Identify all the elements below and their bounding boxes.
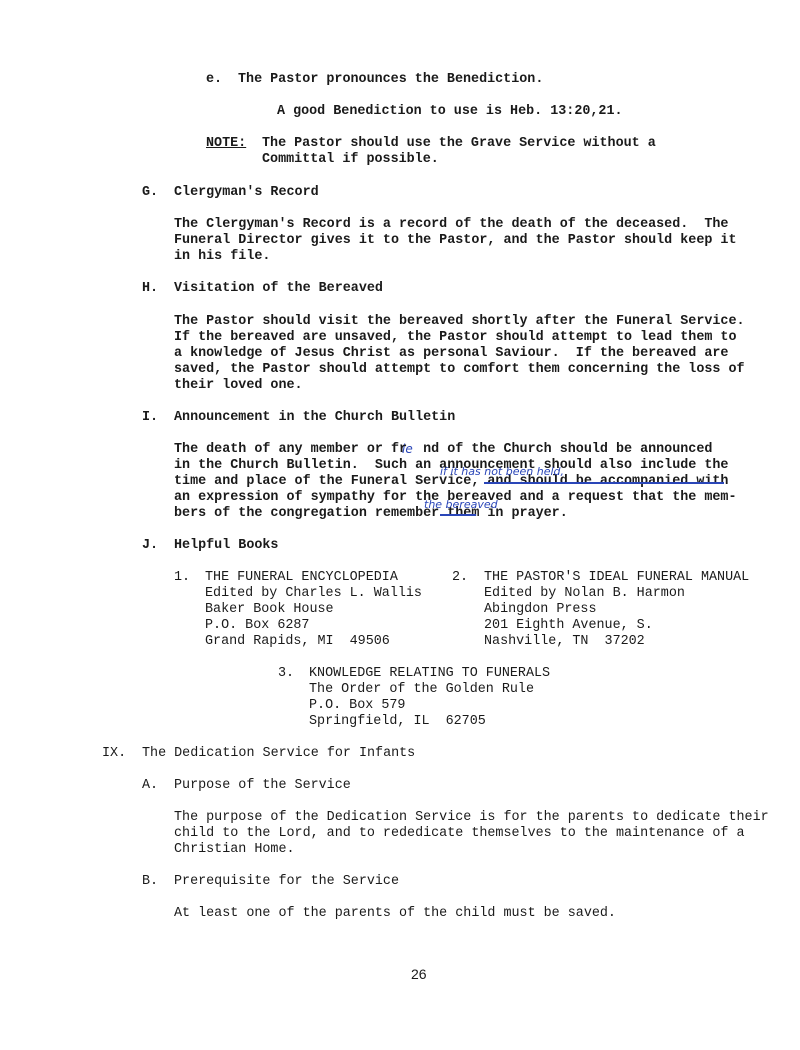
section-i-label: I. <box>142 410 158 426</box>
section-ix-a-line: child to the Lord, and to rededicate the… <box>174 826 745 842</box>
book-1-city: Grand Rapids, MI 49506 <box>205 634 390 650</box>
section-h-heading: Visitation of the Bereaved <box>174 281 383 297</box>
note-line-1: The Pastor should use the Grave Service … <box>262 136 656 152</box>
section-h-line: a knowledge of Jesus Christ as personal … <box>174 346 728 362</box>
section-ix-heading: The Dedication Service for Infants <box>142 746 415 762</box>
section-h-line: saved, the Pastor should attempt to comf… <box>174 362 745 378</box>
section-h-line: If the bereaved are unsaved, the Pastor … <box>174 330 737 346</box>
section-i-line: The death of any member or fr nd of the … <box>174 442 712 458</box>
book-1-number: 1. <box>174 570 190 586</box>
section-ix-a-line: Christian Home. <box>174 842 295 858</box>
section-ix-b-line: At least one of the parents of the child… <box>174 906 616 922</box>
section-ix-b-label: B. <box>142 874 158 890</box>
note-line-2: Committal if possible. <box>262 152 439 168</box>
book-3-title: KNOWLEDGE RELATING TO FUNERALS <box>309 666 550 682</box>
section-j-label: J. <box>142 538 158 554</box>
book-2-address: 201 Eighth Avenue, S. <box>484 618 653 634</box>
section-h-label: H. <box>142 281 158 297</box>
book-2-city: Nashville, TN 37202 <box>484 634 645 650</box>
book-2-title: THE PASTOR'S IDEAL FUNERAL MANUAL <box>484 570 749 586</box>
book-1-address: P.O. Box 6287 <box>205 618 309 634</box>
book-3-editor: The Order of the Golden Rule <box>309 682 534 698</box>
book-1-publisher: Baker Book House <box>205 602 334 618</box>
item-e-text: The Pastor pronounces the Benediction. <box>238 72 543 88</box>
book-2-editor: Edited by Nolan B. Harmon <box>484 586 685 602</box>
section-ix-a-label: A. <box>142 778 158 794</box>
section-g-line: The Clergyman's Record is a record of th… <box>174 217 728 233</box>
book-3-number: 3. <box>278 666 294 682</box>
book-2-number: 2. <box>452 570 468 586</box>
section-j-heading: Helpful Books <box>174 538 278 554</box>
section-i-line: bers of the congregation remember them i… <box>174 506 568 522</box>
strikethrough-phrase <box>484 482 724 484</box>
item-e-label: e. <box>206 72 222 88</box>
book-2-publisher: Abingdon Press <box>484 602 597 618</box>
section-g-line: Funeral Director gives it to the Pastor,… <box>174 233 737 249</box>
book-3-address: Springfield, IL 62705 <box>309 714 486 730</box>
page-number: 26 <box>411 966 427 982</box>
handwritten-insert-ie: ie <box>402 443 413 455</box>
benediction-note: A good Benediction to use is Heb. 13:20,… <box>277 104 623 120</box>
note-label: NOTE: <box>206 136 246 152</box>
book-1-title: THE FUNERAL ENCYCLOPEDIA <box>205 570 398 586</box>
section-ix-a-line: The purpose of the Dedication Service is… <box>174 810 769 826</box>
book-3-publisher: P.O. Box 579 <box>309 698 405 714</box>
section-ix-b-heading: Prerequisite for the Service <box>174 874 399 890</box>
section-h-line: their loved one. <box>174 378 303 394</box>
section-g-heading: Clergyman's Record <box>174 185 319 201</box>
section-ix-a-heading: Purpose of the Service <box>174 778 351 794</box>
section-g-label: G. <box>142 185 158 201</box>
section-ix-label: IX. <box>102 746 126 762</box>
handwritten-insert-if-held: if it has not been held, <box>440 466 564 478</box>
section-h-line: The Pastor should visit the bereaved sho… <box>174 314 745 330</box>
strikethrough-word <box>440 514 476 516</box>
book-1-editor: Edited by Charles L. Wallis <box>205 586 422 602</box>
section-g-line: in his file. <box>174 249 270 265</box>
handwritten-insert-the-bereaved: the bereaved <box>424 499 498 511</box>
section-i-heading: Announcement in the Church Bulletin <box>174 410 455 426</box>
